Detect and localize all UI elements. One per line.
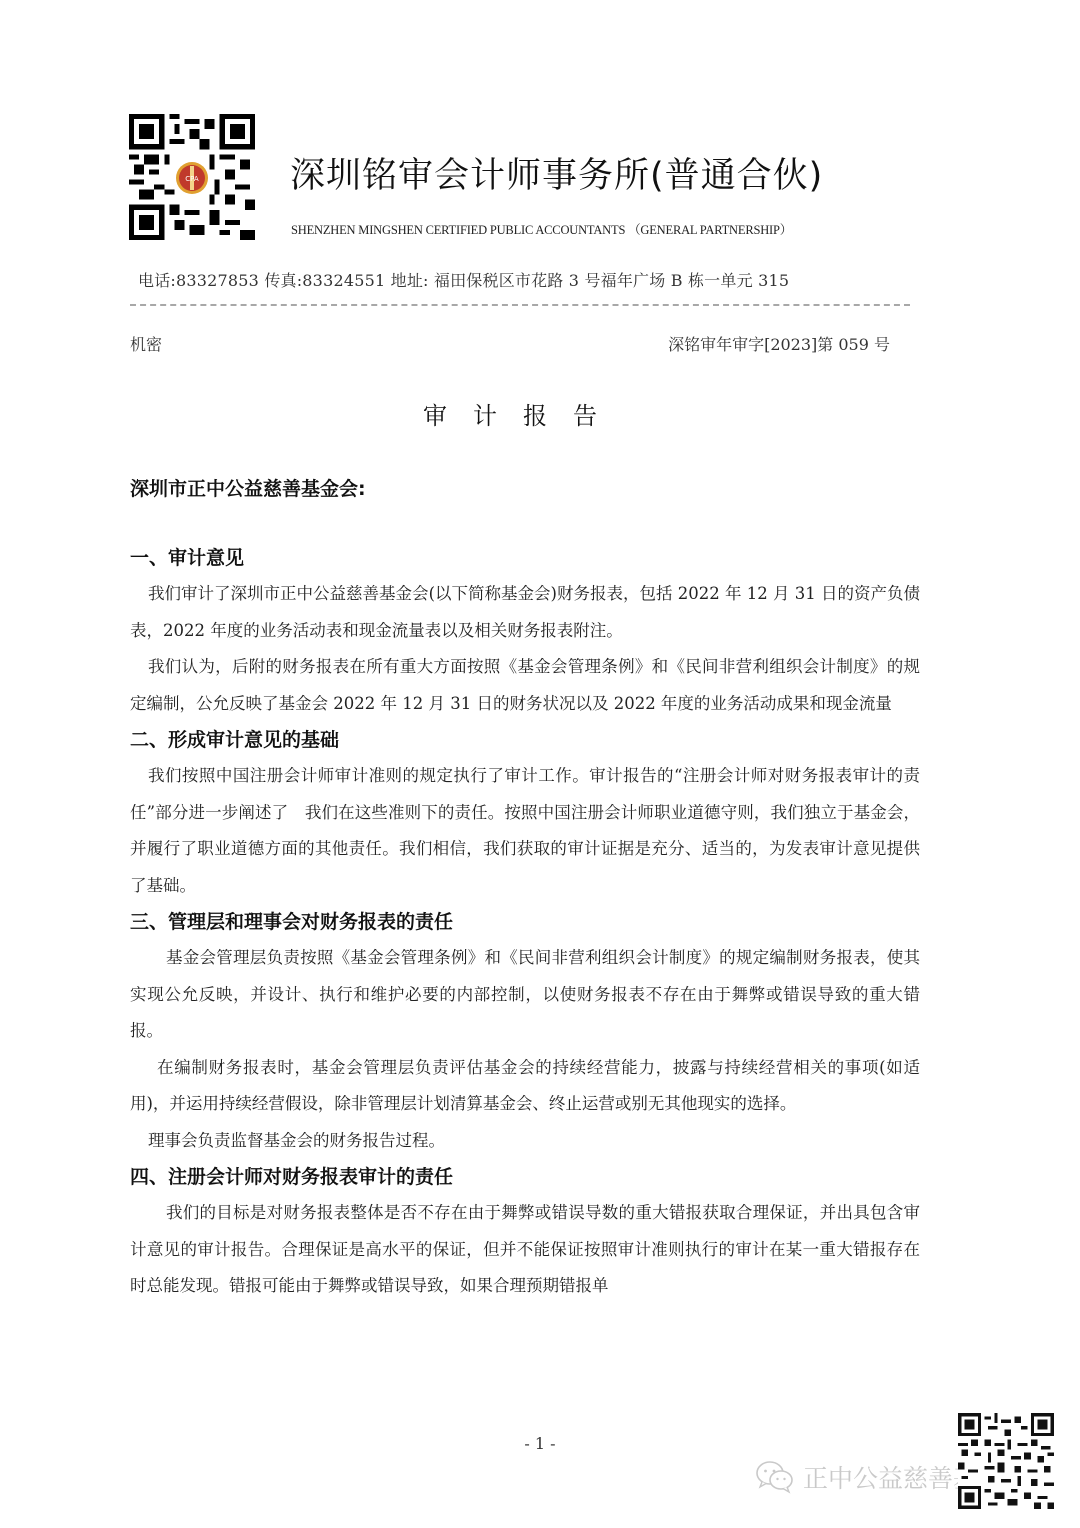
- addressee: 深圳市正中公益慈善基金会:: [130, 474, 366, 501]
- qr-code-icon: [958, 1413, 1054, 1509]
- letterhead-divider: [130, 304, 910, 306]
- paragraph: 基金会管理层负责按照《基金会管理条例》和《民间非营利组织会计制度》的规定编制财务…: [130, 940, 920, 1050]
- document-title: 审计报告: [0, 396, 1080, 431]
- firm-name-en: SHENZHEN MINGSHEN CERTIFIED PUBLIC ACCOU…: [291, 220, 792, 238]
- section-auditor-responsibility: 四、注册会计师对财务报表审计的责任 我们的目标是对财务报表整体是否不存在由于舞弊…: [130, 1159, 920, 1305]
- section-heading: 一、审计意见: [130, 540, 920, 576]
- wechat-icon: [755, 1460, 795, 1494]
- section-management-responsibility: 三、管理层和理事会对财务报表的责任 基金会管理层负责按照《基金会管理条例》和《民…: [130, 904, 920, 1159]
- section-heading: 四、注册会计师对财务报表审计的责任: [130, 1159, 920, 1195]
- audit-report-page: CPA 深圳铭审会计师事务所(普通合伙) SHENZHEN MINGSHEN C…: [0, 0, 1080, 1528]
- paragraph: 我们按照中国注册会计师审计准则的规定执行了审计工作。审计报告的“注册会计师对财务…: [130, 758, 920, 904]
- paragraph: 我们审计了深圳市正中公益慈善基金会(以下简称基金会)财务报表，包括 2022 年…: [130, 576, 920, 649]
- firm-name-cn: 深圳铭审会计师事务所(普通合伙): [290, 148, 823, 198]
- paragraph: 我们的目标是对财务报表整体是否不存在由于舞弊或错误导数的重大错报获取合理保证，并…: [130, 1195, 920, 1305]
- report-body: 一、审计意见 我们审计了深圳市正中公益慈善基金会(以下简称基金会)财务报表，包括…: [130, 540, 920, 1305]
- paragraph: 在编制财务报表时，基金会管理层负责评估基金会的持续经营能力，披露与持续经营相关的…: [130, 1050, 920, 1123]
- section-heading: 三、管理层和理事会对财务报表的责任: [130, 904, 920, 940]
- svg-text:CPA: CPA: [185, 175, 199, 183]
- section-heading: 二、形成审计意见的基础: [130, 722, 920, 758]
- paragraph: 我们认为，后附的财务报表在所有重大方面按照《基金会管理条例》和《民间非营利组织会…: [130, 649, 920, 722]
- section-audit-opinion: 一、审计意见 我们审计了深圳市正中公益慈善基金会(以下简称基金会)财务报表，包括…: [130, 540, 920, 722]
- paragraph: 理事会负责监督基金会的财务报告过程。: [130, 1123, 920, 1160]
- section-basis-for-opinion: 二、形成审计意见的基础 我们按照中国注册会计师审计准则的规定执行了审计工作。审计…: [130, 722, 920, 904]
- cpa-seal-icon: CPA: [172, 158, 212, 198]
- contact-line: 电话:83327853 传真:83324551 地址: 福田保税区市花路 3 号…: [138, 268, 789, 291]
- confidentiality-label: 机密: [130, 332, 162, 355]
- reference-number: 深铭审年审字[2023]第 059 号: [668, 332, 890, 355]
- page-number: - 1 -: [0, 1434, 1080, 1453]
